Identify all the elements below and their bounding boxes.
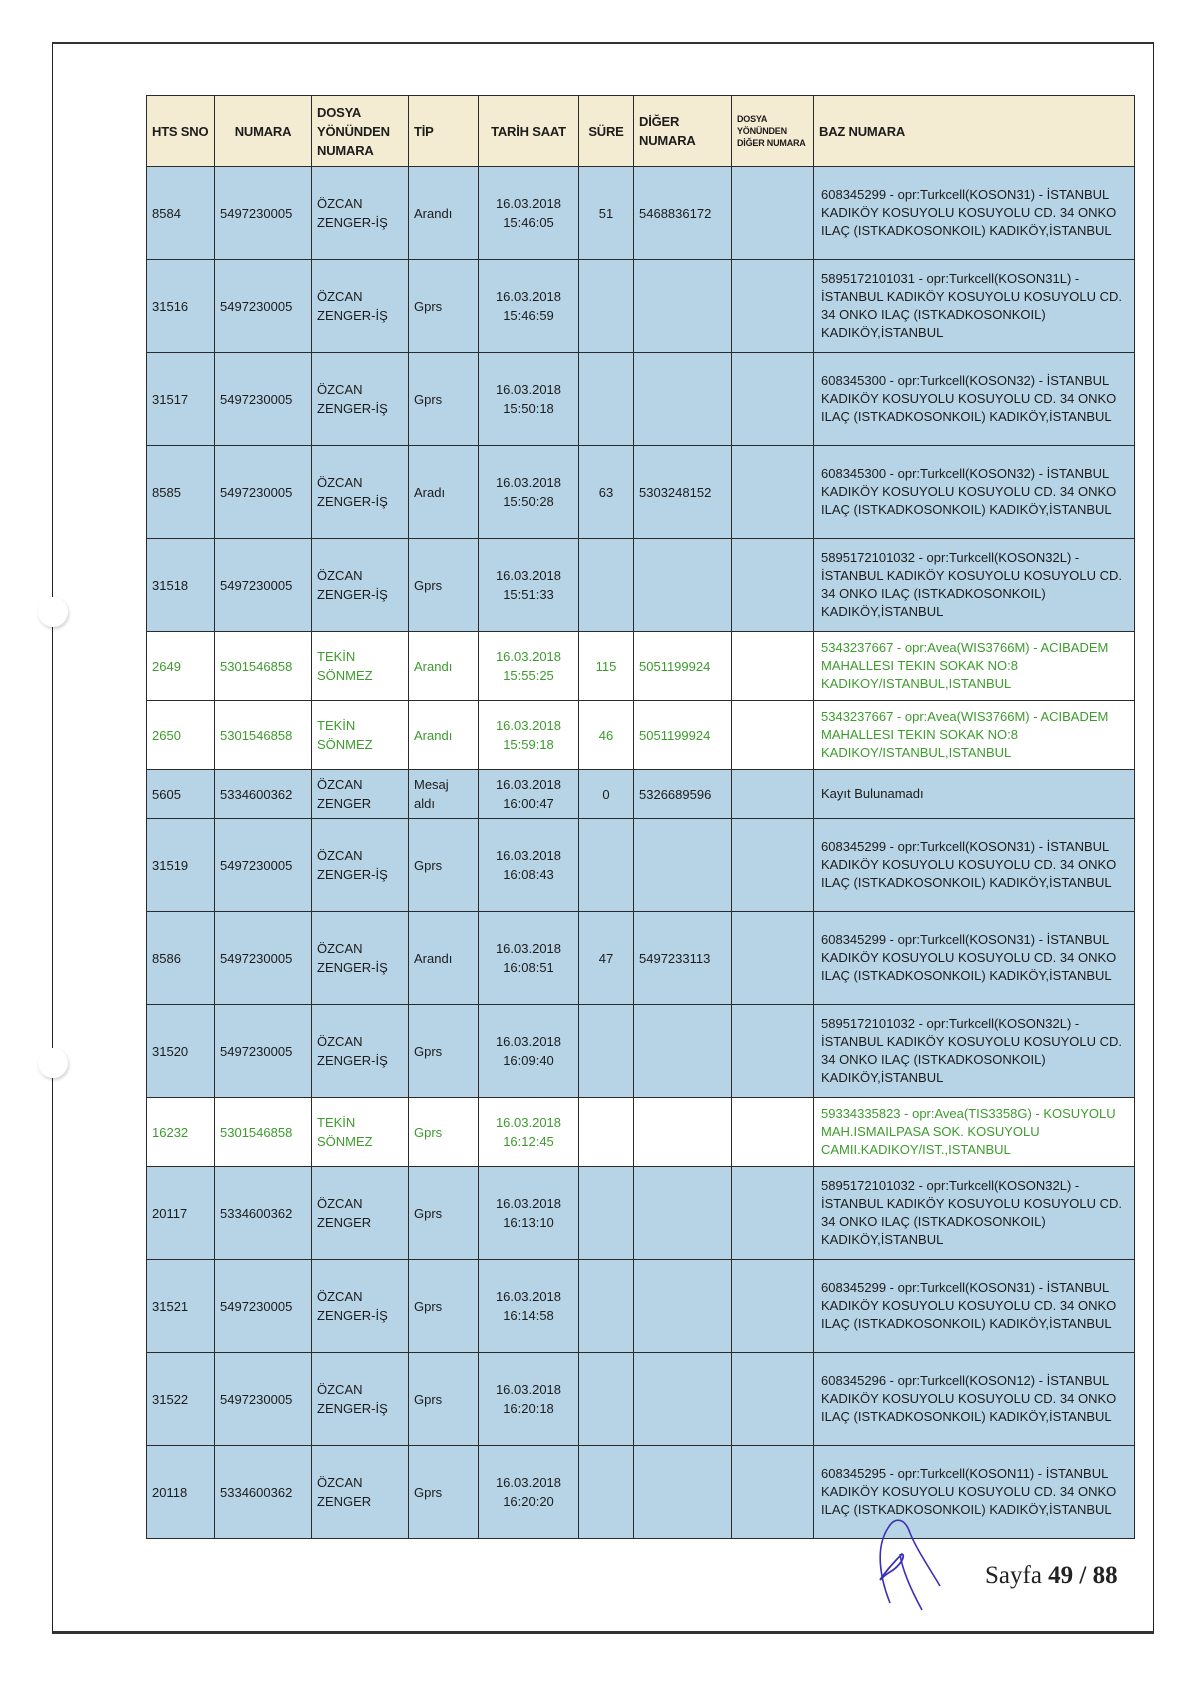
cell-baz-numara: 5343237667 - opr:Avea(WIS3766M) - ACIBAD… [814,632,1135,701]
cell-dosya-yonunden-diger-numara [732,819,814,912]
table-row: 315215497230005ÖZCAN ZENGER-İŞGprs16.03.… [147,1260,1135,1353]
cell-baz-numara: 608345299 - opr:Turkcell(KOSON31) - İSTA… [814,819,1135,912]
cell-tip: Gprs [409,539,479,632]
column-header-dosya-yonunden-numara: DOSYA YÖNÜNDEN NUMARA [312,96,409,167]
signature-icon [850,1508,960,1618]
page-number: Sayfa 49 / 88 [985,1562,1118,1590]
page-total: 88 [1093,1562,1118,1589]
cell-dosya-yonunden-numara: ÖZCAN ZENGER-İŞ [312,819,409,912]
cell-sure [579,1098,634,1167]
cell-numara: 5497230005 [215,260,312,353]
cell-tip: Arandı [409,632,479,701]
cell-hts-sno: 31521 [147,1260,215,1353]
date-text: 16.03.2018 [484,647,573,666]
cell-dosya-yonunden-diger-numara [732,1260,814,1353]
cell-numara: 5497230005 [215,1353,312,1446]
cell-dosya-yonunden-numara: ÖZCAN ZENGER [312,1167,409,1260]
cell-diger-numara [634,1446,732,1539]
cell-hts-sno: 31516 [147,260,215,353]
cell-dosya-yonunden-numara: ÖZCAN ZENGER [312,770,409,819]
cell-numara: 5301546858 [215,632,312,701]
cell-dosya-yonunden-diger-numara [732,539,814,632]
cell-baz-numara: 59334335823 - opr:Avea(TIS3358G) - KOSUY… [814,1098,1135,1167]
page-current: 49 [1048,1562,1073,1589]
cell-sure: 0 [579,770,634,819]
cell-tarih-saat: 16.03.201816:20:20 [479,1446,579,1539]
date-text: 16.03.2018 [484,939,573,958]
cell-tarih-saat: 16.03.201815:51:33 [479,539,579,632]
cell-diger-numara: 5468836172 [634,167,732,260]
table-row: 56055334600362ÖZCAN ZENGERMesaj aldı16.0… [147,770,1135,819]
cell-tarih-saat: 16.03.201815:46:59 [479,260,579,353]
cell-baz-numara: 5895172101032 - opr:Turkcell(KOSON32L) -… [814,1005,1135,1098]
cell-baz-numara: Kayıt Bulunamadı [814,770,1135,819]
table-row: 85845497230005ÖZCAN ZENGER-İŞArandı16.03… [147,167,1135,260]
cell-hts-sno: 31519 [147,819,215,912]
date-text: 16.03.2018 [484,1287,573,1306]
table-row: 26495301546858TEKİN SÖNMEZArandı16.03.20… [147,632,1135,701]
page-separator: / [1073,1562,1092,1589]
time-text: 16:00:47 [484,794,573,813]
date-text: 16.03.2018 [484,473,573,492]
cell-dosya-yonunden-numara: ÖZCAN ZENGER-İŞ [312,353,409,446]
cell-tip: Gprs [409,1098,479,1167]
cell-sure: 115 [579,632,634,701]
cell-sure: 51 [579,167,634,260]
cell-tarih-saat: 16.03.201815:50:18 [479,353,579,446]
cell-diger-numara: 5497233113 [634,912,732,1005]
table-row: 315185497230005ÖZCAN ZENGER-İŞGprs16.03.… [147,539,1135,632]
time-text: 15:46:05 [484,213,573,232]
cell-dosya-yonunden-numara: TEKİN SÖNMEZ [312,1098,409,1167]
cell-numara: 5497230005 [215,1005,312,1098]
cell-tarih-saat: 16.03.201816:08:51 [479,912,579,1005]
cell-tip: Mesaj aldı [409,770,479,819]
date-text: 16.03.2018 [484,775,573,794]
time-text: 15:59:18 [484,735,573,754]
cell-numara: 5334600362 [215,1167,312,1260]
cell-hts-sno: 8586 [147,912,215,1005]
cell-dosya-yonunden-diger-numara [732,1446,814,1539]
cell-hts-sno: 20117 [147,1167,215,1260]
cell-dosya-yonunden-numara: ÖZCAN ZENGER-İŞ [312,446,409,539]
cell-baz-numara: 608345299 - opr:Turkcell(KOSON31) - İSTA… [814,912,1135,1005]
cell-tarih-saat: 16.03.201816:12:45 [479,1098,579,1167]
time-text: 15:50:28 [484,492,573,511]
cell-dosya-yonunden-diger-numara [732,1353,814,1446]
date-text: 16.03.2018 [484,1473,573,1492]
cell-sure [579,260,634,353]
cell-sure: 63 [579,446,634,539]
column-header-numara: NUMARA [215,96,312,167]
time-text: 16:08:51 [484,958,573,977]
time-text: 15:46:59 [484,306,573,325]
cell-dosya-yonunden-diger-numara [732,1005,814,1098]
cell-sure [579,1005,634,1098]
table-row: 85855497230005ÖZCAN ZENGER-İŞAradı16.03.… [147,446,1135,539]
cell-dosya-yonunden-numara: ÖZCAN ZENGER-İŞ [312,1005,409,1098]
cell-tip: Gprs [409,819,479,912]
punch-hole [38,1048,68,1078]
cell-diger-numara [634,1167,732,1260]
column-header-hts-sno: HTS SNO [147,96,215,167]
cell-hts-sno: 16232 [147,1098,215,1167]
table-row: 315165497230005ÖZCAN ZENGER-İŞGprs16.03.… [147,260,1135,353]
cell-tip: Gprs [409,1446,479,1539]
cell-numara: 5497230005 [215,353,312,446]
cell-tip: Gprs [409,1167,479,1260]
cell-dosya-yonunden-diger-numara [732,446,814,539]
column-header-dosya-yonunden-diger-numara: DOSYA YÖNÜNDEN DİĞER NUMARA [732,96,814,167]
table-row: 201185334600362ÖZCAN ZENGERGprs16.03.201… [147,1446,1135,1539]
date-text: 16.03.2018 [484,1194,573,1213]
cell-tarih-saat: 16.03.201816:14:58 [479,1260,579,1353]
cell-dosya-yonunden-numara: ÖZCAN ZENGER-İŞ [312,1260,409,1353]
cell-dosya-yonunden-numara: TEKİN SÖNMEZ [312,632,409,701]
cell-baz-numara: 608345299 - opr:Turkcell(KOSON31) - İSTA… [814,167,1135,260]
cell-sure: 46 [579,701,634,770]
time-text: 16:12:45 [484,1132,573,1151]
cell-dosya-yonunden-numara: ÖZCAN ZENGER-İŞ [312,912,409,1005]
time-text: 16:14:58 [484,1306,573,1325]
cell-diger-numara: 5303248152 [634,446,732,539]
cell-numara: 5301546858 [215,701,312,770]
cell-sure: 47 [579,912,634,1005]
cell-tip: Gprs [409,1005,479,1098]
date-text: 16.03.2018 [484,716,573,735]
cell-tip: Gprs [409,353,479,446]
cell-dosya-yonunden-numara: ÖZCAN ZENGER-İŞ [312,167,409,260]
cell-baz-numara: 5895172101032 - opr:Turkcell(KOSON32L) -… [814,1167,1135,1260]
cell-tarih-saat: 16.03.201816:00:47 [479,770,579,819]
cell-dosya-yonunden-numara: ÖZCAN ZENGER-İŞ [312,1353,409,1446]
cell-numara: 5497230005 [215,167,312,260]
cell-sure [579,1260,634,1353]
column-header-baz-numara: BAZ NUMARA [814,96,1135,167]
cell-dosya-yonunden-numara: ÖZCAN ZENGER-İŞ [312,539,409,632]
cell-sure [579,539,634,632]
cell-tarih-saat: 16.03.201815:55:25 [479,632,579,701]
cell-numara: 5497230005 [215,1260,312,1353]
cell-tip: Arandı [409,701,479,770]
cell-sure [579,819,634,912]
cell-hts-sno: 8584 [147,167,215,260]
cell-baz-numara: 608345300 - opr:Turkcell(KOSON32) - İSTA… [814,353,1135,446]
column-header-tip: TİP [409,96,479,167]
page-label: Sayfa [985,1562,1042,1589]
cell-tarih-saat: 16.03.201815:59:18 [479,701,579,770]
cell-tip: Arandı [409,167,479,260]
cell-numara: 5497230005 [215,539,312,632]
cell-diger-numara [634,1260,732,1353]
cell-numara: 5497230005 [215,446,312,539]
cell-baz-numara: 608345299 - opr:Turkcell(KOSON31) - İSTA… [814,1260,1135,1353]
table-row: 162325301546858TEKİN SÖNMEZGprs16.03.201… [147,1098,1135,1167]
time-text: 16:20:18 [484,1399,573,1418]
cell-baz-numara: 5895172101032 - opr:Turkcell(KOSON32L) -… [814,539,1135,632]
column-header-sure: SÜRE [579,96,634,167]
cell-tip: Gprs [409,1353,479,1446]
cell-diger-numara [634,260,732,353]
cell-tarih-saat: 16.03.201816:09:40 [479,1005,579,1098]
column-header-tarih-saat: TARİH SAAT [479,96,579,167]
cell-dosya-yonunden-diger-numara [732,1098,814,1167]
call-records-table: HTS SNO NUMARA DOSYA YÖNÜNDEN NUMARA TİP… [146,95,1135,1539]
cell-diger-numara [634,1353,732,1446]
cell-hts-sno: 31517 [147,353,215,446]
punch-hole [38,597,68,627]
table-row: 201175334600362ÖZCAN ZENGERGprs16.03.201… [147,1167,1135,1260]
column-header-diger-numara: DİĞER NUMARA [634,96,732,167]
cell-baz-numara: 608345296 - opr:Turkcell(KOSON12) - İSTA… [814,1353,1135,1446]
time-text: 15:51:33 [484,585,573,604]
cell-hts-sno: 2649 [147,632,215,701]
time-text: 16:20:20 [484,1492,573,1511]
date-text: 16.03.2018 [484,194,573,213]
cell-tip: Gprs [409,260,479,353]
cell-tip: Gprs [409,1260,479,1353]
cell-sure [579,1353,634,1446]
cell-tarih-saat: 16.03.201816:08:43 [479,819,579,912]
date-text: 16.03.2018 [484,287,573,306]
cell-diger-numara [634,819,732,912]
cell-tip: Aradı [409,446,479,539]
cell-dosya-yonunden-diger-numara [732,353,814,446]
cell-sure [579,353,634,446]
cell-hts-sno: 31520 [147,1005,215,1098]
date-text: 16.03.2018 [484,566,573,585]
cell-hts-sno: 5605 [147,770,215,819]
cell-tarih-saat: 16.03.201816:13:10 [479,1167,579,1260]
table-row: 315195497230005ÖZCAN ZENGER-İŞGprs16.03.… [147,819,1135,912]
cell-hts-sno: 2650 [147,701,215,770]
cell-numara: 5497230005 [215,819,312,912]
cell-numara: 5497230005 [215,912,312,1005]
cell-tarih-saat: 16.03.201815:50:28 [479,446,579,539]
cell-diger-numara [634,1005,732,1098]
time-text: 16:08:43 [484,865,573,884]
cell-hts-sno: 8585 [147,446,215,539]
cell-diger-numara: 5326689596 [634,770,732,819]
date-text: 16.03.2018 [484,1032,573,1051]
cell-diger-numara: 5051199924 [634,701,732,770]
cell-baz-numara: 5895172101031 - opr:Turkcell(KOSON31L) -… [814,260,1135,353]
cell-dosya-yonunden-numara: ÖZCAN ZENGER-İŞ [312,260,409,353]
cell-diger-numara [634,539,732,632]
table-row: 315175497230005ÖZCAN ZENGER-İŞGprs16.03.… [147,353,1135,446]
cell-dosya-yonunden-diger-numara [732,912,814,1005]
table-body: 85845497230005ÖZCAN ZENGER-İŞArandı16.03… [147,167,1135,1539]
cell-numara: 5334600362 [215,770,312,819]
time-text: 15:50:18 [484,399,573,418]
date-text: 16.03.2018 [484,1380,573,1399]
cell-sure [579,1167,634,1260]
date-text: 16.03.2018 [484,846,573,865]
cell-diger-numara: 5051199924 [634,632,732,701]
time-text: 16:13:10 [484,1213,573,1232]
cell-baz-numara: 608345300 - opr:Turkcell(KOSON32) - İSTA… [814,446,1135,539]
date-text: 16.03.2018 [484,380,573,399]
cell-tarih-saat: 16.03.201816:20:18 [479,1353,579,1446]
cell-sure [579,1446,634,1539]
date-text: 16.03.2018 [484,1113,573,1132]
cell-hts-sno: 20118 [147,1446,215,1539]
cell-diger-numara [634,1098,732,1167]
cell-tarih-saat: 16.03.201815:46:05 [479,167,579,260]
cell-dosya-yonunden-numara: TEKİN SÖNMEZ [312,701,409,770]
table-row: 85865497230005ÖZCAN ZENGER-İŞArandı16.03… [147,912,1135,1005]
cell-dosya-yonunden-diger-numara [732,701,814,770]
cell-dosya-yonunden-diger-numara [732,167,814,260]
cell-dosya-yonunden-diger-numara [732,260,814,353]
cell-diger-numara [634,353,732,446]
cell-hts-sno: 31518 [147,539,215,632]
table-header-row: HTS SNO NUMARA DOSYA YÖNÜNDEN NUMARA TİP… [147,96,1135,167]
cell-numara: 5301546858 [215,1098,312,1167]
cell-hts-sno: 31522 [147,1353,215,1446]
table-row: 315205497230005ÖZCAN ZENGER-İŞGprs16.03.… [147,1005,1135,1098]
cell-numara: 5334600362 [215,1446,312,1539]
cell-dosya-yonunden-diger-numara [732,632,814,701]
cell-dosya-yonunden-diger-numara [732,770,814,819]
table-row: 315225497230005ÖZCAN ZENGER-İŞGprs16.03.… [147,1353,1135,1446]
time-text: 15:55:25 [484,666,573,685]
cell-dosya-yonunden-diger-numara [732,1167,814,1260]
time-text: 16:09:40 [484,1051,573,1070]
table-row: 26505301546858TEKİN SÖNMEZArandı16.03.20… [147,701,1135,770]
cell-dosya-yonunden-numara: ÖZCAN ZENGER [312,1446,409,1539]
cell-baz-numara: 5343237667 - opr:Avea(WIS3766M) - ACIBAD… [814,701,1135,770]
cell-tip: Arandı [409,912,479,1005]
